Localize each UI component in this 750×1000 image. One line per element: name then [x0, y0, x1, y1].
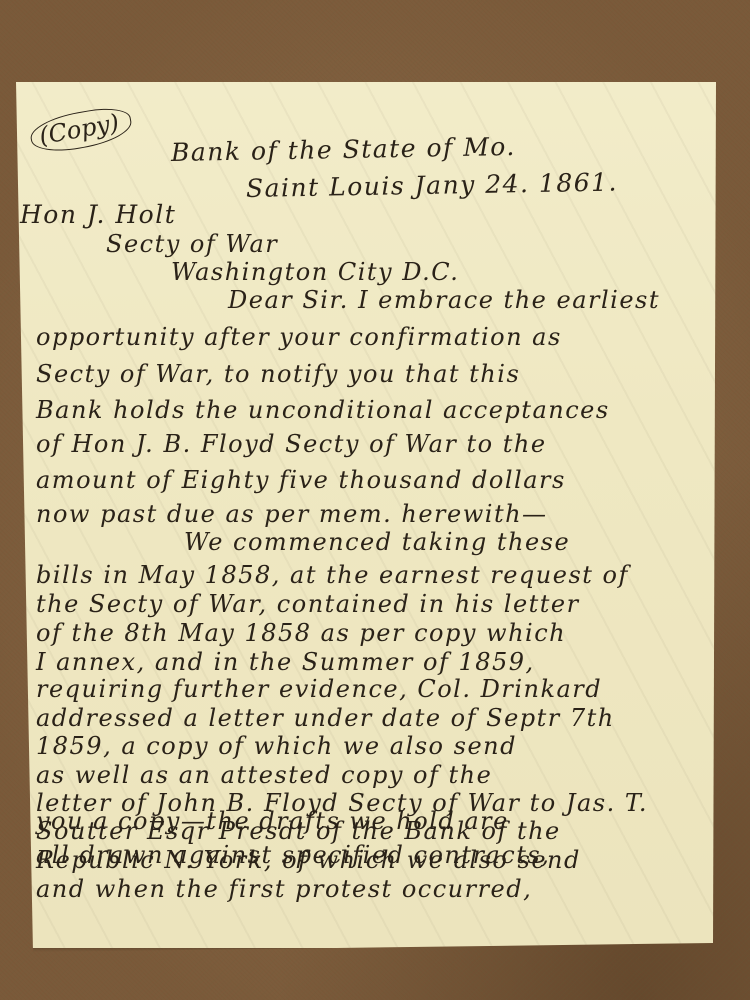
body-line: We commenced taking these — [184, 530, 570, 554]
body-line: the Secty of War, contained in his lette… — [36, 592, 580, 616]
body-line: of Hon J. B. Floyd Secty of War to the — [36, 432, 547, 456]
body-line: Dear Sir. I embrace the earliest — [228, 288, 660, 312]
body-line: requiring further evidence, Col. Drinkar… — [36, 677, 602, 701]
body-line: as well as an attested copy of the — [36, 763, 492, 787]
addressee-location: Washington City D.C. — [171, 260, 459, 284]
letter-content: (Copy) Bank of the State of Mo. Saint Lo… — [16, 82, 716, 948]
body-line: Secty of War, to notify you that this — [36, 362, 520, 386]
addressee-name: Hon J. Holt — [20, 202, 176, 227]
place-date: Saint Louis Jany 24. 1861. — [246, 170, 618, 201]
body-line: you a copy—the drafts we hold are — [36, 809, 509, 833]
body-line: opportunity after your confirmation as — [36, 325, 562, 349]
letterhead: Bank of the State of Mo. — [171, 134, 516, 165]
letter-page: (Copy) Bank of the State of Mo. Saint Lo… — [16, 82, 716, 948]
body-line: Bank holds the unconditional acceptances — [36, 398, 610, 422]
copy-mark: (Copy) — [28, 103, 135, 156]
body-line: addressed a letter under date of Septr 7… — [36, 706, 615, 730]
body-line: now past due as per mem. herewith— — [36, 502, 548, 526]
addressee-title: Secty of War — [106, 232, 278, 256]
body-line: and when the first protest occurred, — [36, 877, 532, 901]
body-line: I annex, and in the Summer of 1859, — [36, 650, 535, 674]
body-line: bills in May 1858, at the earnest reques… — [36, 563, 629, 587]
body-line: amount of Eighty five thousand dollars — [36, 468, 566, 492]
body-line: all drawn against specified contracts, — [36, 843, 550, 867]
body-line: 1859, a copy of which we also send — [36, 734, 517, 758]
body-line: of the 8th May 1858 as per copy which — [36, 621, 566, 645]
